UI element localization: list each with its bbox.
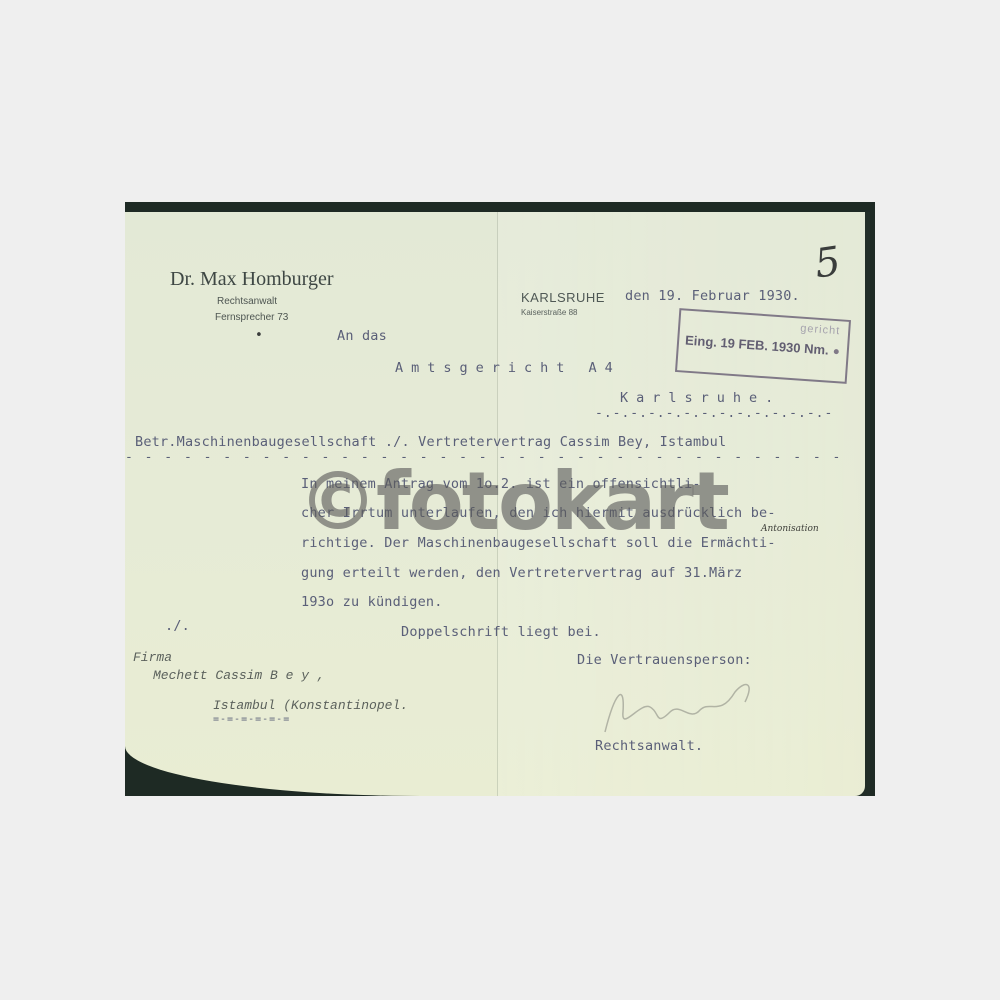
body-line-4: gung erteilt werden, den Vertretervertra… [301,565,742,581]
firm-city: Istambul (Konstantinopel. [213,698,408,713]
recipient-salutation: An das [337,328,387,344]
letter-date: den 19. Februar 1930. [625,288,800,304]
firm-label: Firma [133,650,172,665]
firm-name: Mechett Cassim B e y , [153,668,325,683]
signature-title: Rechtsanwalt. [595,738,703,754]
signature-scribble [595,672,765,742]
body-line-5: 193o zu kündigen. [301,594,443,610]
letterhead-title: Rechtsanwalt [217,296,277,307]
street-address: Kaiserstraße 88 [521,308,577,317]
letterhead-name: Dr. Max Homburger [170,268,334,291]
letterhead-phone: Fernsprecher 73 [215,312,288,323]
margin-dot: • [255,328,263,343]
receipt-stamp: gericht Eing. 19 FEB. 1930 Nm. [675,308,851,384]
firm-underline: =-=-=-=-=-= [213,714,290,725]
closing-role: Die Vertrauensperson: [577,652,752,668]
enclosure-note: Doppelschrift liegt bei. [401,624,601,640]
recipient-court: Amtsgericht A4 [395,360,621,376]
fotokart-watermark: ©fotokart [298,455,728,548]
stamp-dot [834,349,839,354]
handwritten-insert: Antonisation [761,524,819,534]
recipient-city: Karlsruhe. [620,390,781,406]
city-label: KARLSRUHE [521,290,605,305]
stamp-header: gericht [800,323,841,338]
copy-marker: ./. [165,618,190,634]
subject-line: Betr.Maschinenbaugesellschaft ./. Vertre… [135,434,726,450]
stamp-received-date: Eing. 19 FEB. 1930 Nm. [685,333,829,358]
recipient-underline: -.-.-.-.-.-.-.-.-.-.-.-.-.- [595,406,833,421]
